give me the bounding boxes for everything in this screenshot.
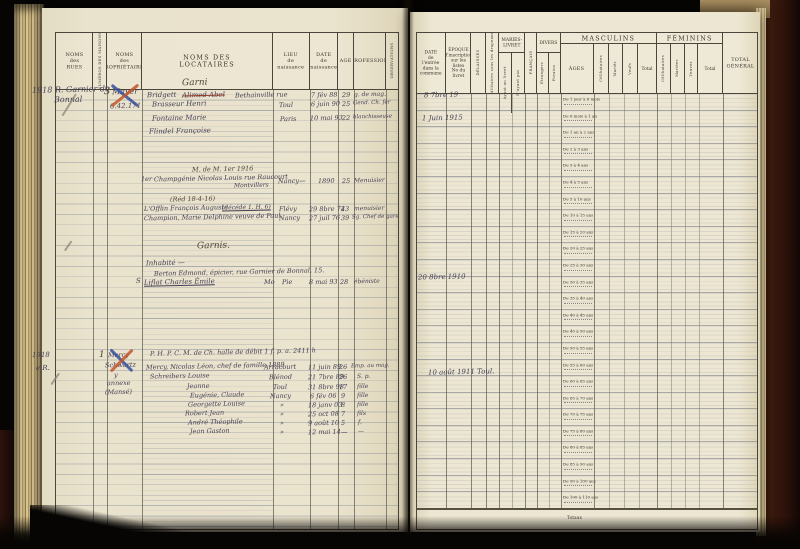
group-title: DIVERS [537,33,560,53]
handwriting-entry: menuisier [354,206,384,213]
header-epoque: ÉPOQUE d'inscription sur les listes No d… [446,33,471,93]
header-m-veufs: Veufs [623,44,638,93]
handwriting-entry: 11 juin 89 [308,364,341,371]
column-rule [310,90,311,529]
dotted-leader [564,452,592,453]
header-label: Veuves [689,61,693,76]
column-rule [338,90,339,529]
column-rule [671,94,672,509]
header-label: Total [705,66,716,71]
header-total-general: TOTAL GÉNÉRAL [723,33,757,93]
dotted-leader [564,153,592,154]
header-label: FRANÇAIS [528,51,532,75]
handwriting-entry: 7 fév 88 [311,92,338,99]
register-scan: NOMS des RUES NUMÉROS DES MAISONS NOMS d… [0,0,800,549]
dotted-leader [564,104,592,105]
handwriting-entry: 39 [341,215,349,222]
handwriting-entry: Nancy [270,393,291,400]
handwriting-entry: Arracourt [264,364,296,371]
header-f-mariees: Mariées [671,44,685,93]
right-table-header: DATE de l'entrée dans la commune ÉPOQUE … [417,33,757,94]
header-label: NUMÉROS DES MAISONS [97,33,101,89]
handwriting-entry: 29 8bre 72 [309,206,345,213]
column-rule [685,94,686,509]
handwriting-entry: 1918 R. Garnier de [32,85,110,95]
handwriting-entry: M. de M. 1er 1916 [192,165,253,173]
handwriting-entry: Pie [282,279,292,286]
header-label: N'ayant pas [516,70,520,96]
left-page: NOMS des RUES NUMÉROS DES MAISONS NOMS d… [42,8,408,532]
handwriting-entry: S. p. [357,374,371,380]
age-row-label: De 80 à 85 ans [563,445,593,450]
dotted-leader [564,369,592,370]
header-label: TOTAL GÉNÉRAL [726,57,754,69]
column-rule [639,94,640,509]
age-row: De 85 à 90 ans [417,459,757,476]
dotted-leader [564,353,592,354]
age-row-label: De 15 à 20 ans [563,230,593,235]
handwriting-entry: 29 [342,92,350,99]
age-row-label: De 60 à 65 ans [563,379,593,384]
handwriting-entry: — [358,429,364,435]
handwriting-entry: ébéniste [354,279,380,286]
header-label: FÉMININS [667,34,713,41]
dotted-leader [564,120,592,121]
age-row-label: De 50 à 55 ans [563,346,593,351]
handwriting-entry: 22 [342,115,350,122]
column-rule [561,94,562,509]
header-date-naissance: DATE de naissance [310,33,338,89]
age-row-label: De 90 à 100 ans [563,479,596,484]
handwriting-entry: fille [357,402,369,408]
age-row-label: De 5 à 10 ans [563,197,591,202]
handwriting-entry: (Mansé) [105,389,132,396]
handwriting-entry: 10 mai 93 [310,115,343,122]
age-row: De 60 à 65 ans [417,376,757,393]
column-rule [537,94,538,509]
handwriting-entry: » [280,411,284,418]
dotted-leader [564,270,592,271]
header-label: Célibataires [661,55,665,82]
column-rule [446,94,447,509]
handwriting-entry: 1 Juin 1915 [422,115,463,123]
dotted-leader [564,336,592,337]
handwriting-entry: f. [358,420,362,426]
handwriting-entry: Nancy [279,215,300,222]
header-label: MASCULINS [582,34,635,41]
column-rule [723,94,724,509]
header-f-total: Total [698,44,722,93]
dotted-leader [564,469,592,470]
age-row: De 1 jour à 6 mois [417,94,757,111]
header-m-celibataires: Célibataires [594,44,609,93]
handwriting-entry: fille [357,384,369,390]
column-rule [93,90,94,529]
handwriting-entry: Jeanne [187,383,210,390]
age-rows: De 1 jour à 6 moisDe 6 mois à 1 anDe 1 a… [417,94,757,509]
header-numeros: NUMÉROS DES MAISONS [93,33,107,89]
dotted-leader [564,187,592,188]
column-rule [699,94,700,509]
handwriting-entry: Alimed Abel [182,92,225,100]
age-row: De 25 à 30 ans [417,260,757,277]
handwriting-entry: Blénod [269,374,292,381]
handwriting-entry: 10 août 1911 Toul. [428,368,495,376]
column-rule [273,90,274,529]
header-label: ÂGES [569,65,585,71]
handwriting-entry: 6 fév 06 [310,393,337,400]
handwriting-entry: 25 [342,101,350,108]
handwriting-entry: 5 [341,420,345,427]
dotted-leader [564,220,592,221]
handwriting-entry: blanchisseuse [353,115,392,121]
header-profession: PROFESSION [354,33,386,89]
age-row-label: De 4 à 5 ans [563,180,588,185]
handwriting-entry: 9 août 10 [308,420,339,427]
handwriting-entry: 20 8bre 1910 [418,274,466,282]
age-row: De 70 à 75 ans [417,409,757,426]
column-rule [594,94,595,509]
dotted-leader [564,485,592,486]
header-label: PROFESSION [354,58,386,64]
handwriting-entry: 6 juin 90 [311,101,340,108]
left-table-body [56,90,398,529]
handwriting-entry: » [280,420,284,427]
header-etrangers: Étrangers [537,53,549,93]
group-title: MARIÉS-LIVRET [499,33,524,53]
group-title: MASCULINS [561,33,656,44]
column-rule [525,94,526,509]
group-title: FÉMININS [657,33,722,44]
age-row: De 100 à 110 ans [417,492,757,509]
handwriting-entry: e R. [36,365,50,372]
header-label: DIVERS [540,40,558,45]
handwriting-entry: Gend. Ch. fer [353,101,390,107]
dotted-leader [564,286,592,287]
handwriting-entry: Robert Jean [185,410,224,417]
handwriting-entry: 26 [339,364,347,371]
header-label: Militaires sous les drapeaux [490,33,494,93]
header-observations: OBSERVATIONS [386,33,398,89]
handwriting-entry: annexe [107,380,131,387]
column-rule [354,90,355,529]
handwriting-entry: 1918 [32,352,50,359]
dotted-leader [564,386,592,387]
handwriting-entry: 9 [341,393,345,400]
handwriting-entry: S [136,278,141,285]
handwriting-entry: Toul [273,384,287,391]
handwriting-entry: Georgette Louise [188,400,245,408]
age-row: De 2 à 3 ans [417,144,757,161]
handwriting-entry: Jean Gaston [190,428,230,435]
handwriting-entry: 1890 [318,178,335,185]
age-row: De 50 à 55 ans [417,343,757,360]
handwriting-entry: » [280,402,284,409]
handwriting-entry: 1 [99,351,105,360]
age-row-label: De 20 à 25 ans [563,246,593,251]
header-francais: FRANÇAIS [525,33,537,93]
age-row: De 3 à 4 ans [417,160,757,177]
handwriting-entry: Sg. Chef de gare [352,215,399,221]
dotted-leader [564,253,592,254]
dotted-leader [564,170,592,171]
handwriting-entry: (décédé 1. H. 6) [222,204,271,211]
header-f-veuves: Veuves [685,44,699,93]
handwriting-entry: Bridgett [147,92,177,100]
handwriting-entry: Fontaine Marie [152,114,207,122]
handwriting-entry: 7 [341,411,345,418]
column-rule [486,94,487,509]
header-label: Mariés [613,61,617,76]
age-row: De 20 à 25 ans [417,243,757,260]
handwriting-entry: L'Offlin François Auguste [144,204,228,212]
header-label: Célibataires [598,55,602,82]
handwriting-entry: fils [357,411,366,417]
handwriting-entry: 8 mai 93 [309,279,338,286]
dotted-leader [564,137,592,138]
right-table: DATE de l'entrée dans la commune ÉPOQUE … [416,32,758,530]
age-row: De 90 à 100 ans [417,476,757,493]
handwriting-entry: » [280,429,284,436]
age-row: De 40 à 45 ans [417,310,757,327]
handwriting-entry: Brasseur Henri [152,100,207,108]
age-row-label: De 65 à 70 ans [563,396,593,401]
dotted-leader [564,419,592,420]
handwriting-entry: Flindel Françoise [149,127,211,135]
column-rule [657,94,658,509]
age-row: De 75 à 80 ans [417,426,757,443]
header-date-entree: DATE de l'entrée dans la commune [417,33,446,93]
header-masculins: MASCULINS ÂGES Célibataires Mariés Veufs… [561,33,657,93]
column-rule [142,90,143,529]
age-row-label: De 75 à 80 ans [563,429,593,434]
column-rule [107,90,108,529]
age-row: De 80 à 85 ans [417,442,757,459]
handwriting-entry: Liflat Charles Émile [144,278,215,286]
column-rule [512,94,513,509]
age-row: De 35 à 40 ans [417,293,757,310]
handwriting-entry: Garnis. [197,242,230,252]
header-age: AGE [338,33,354,89]
header-forains: Forains [549,53,560,93]
header-m-total: Total [638,44,656,93]
header-label: NOMS des PROPRIÉTAIRES [107,52,142,71]
handwriting-entry: (Réd 18-4-16) [170,196,215,203]
handwriting-entry: g. de mag. [354,92,386,99]
age-row-label: De 40 à 45 ans [563,313,593,318]
header-label: Mariées [675,60,679,78]
header-ages: ÂGES [561,44,594,93]
column-rule [386,90,387,529]
age-row-label: De 30 à 35 ans [563,280,593,285]
column-rule [471,94,472,509]
age-row-label: De 1 an à 2 ans [563,130,594,135]
age-row: De 4 à 5 ans [417,177,757,194]
crossed-out-mark [110,82,140,106]
handwriting-entry: Menuisier [354,178,385,185]
header-label: LIEU de naissance [278,52,305,71]
handwriting-entry: fille [357,393,369,399]
handwriting-entry: 18 janv 03 [308,402,343,409]
handwriting-entry: Bethainville rue [235,91,288,99]
spine-shadow [402,0,414,549]
age-row: De 45 à 50 ans [417,326,757,343]
header-proprietaires: NOMS des PROPRIÉTAIRES [107,33,142,89]
dotted-leader [564,402,592,403]
handwriting-entry: Eugénie, Claude [190,391,244,399]
age-row-label: De 55 à 60 ans [563,363,593,368]
dotted-leader [564,502,592,503]
age-row-label: De 25 à 30 ans [563,263,593,268]
handwriting-entry: Garni [182,79,208,89]
age-row-label: De 2 à 3 ans [563,147,588,152]
handwriting-entry: 17 [339,384,347,391]
header-label: DÉLAISSÉS [476,50,480,76]
header-divers: DIVERS Étrangers Forains [537,33,561,93]
age-row-label: De 85 à 90 ans [563,462,593,467]
header-label: DATE de l'entrée dans la commune [420,50,442,76]
dotted-leader [564,435,592,436]
header-label: Total [642,66,653,71]
header-label: OBSERVATIONS [390,43,394,79]
handwriting-entry: Schreibers Louise [150,372,210,380]
column-rule [624,94,625,509]
header-maries-livret: MARIÉS-LIVRET Ayant un livret N'ayant pa… [499,33,525,93]
handwriting-entry: Nancy— [278,178,306,185]
age-row-label: De 3 à 4 ans [563,163,588,168]
header-m-maries: Mariés [609,44,624,93]
handwriting-entry: 25 oct 08 [308,411,339,418]
handwriting-entry: Mo [264,279,275,286]
handwriting-entry: Flévy [279,206,297,213]
header-delaisses: DÉLAISSÉS [471,33,486,93]
handwriting-entry: 8 7bre 19 [424,92,458,100]
handwriting-entry: 8 [341,402,345,409]
age-row-label: De 35 à 40 ans [563,296,593,301]
handwriting-entry: 27 juil 76 [309,215,340,222]
handwriting-entry: 28 [340,279,348,286]
handwriting-entry: Inhabité — [146,260,185,268]
header-militaires: Militaires sous les drapeaux [486,33,499,93]
age-row: De 5 à 10 ans [417,194,757,211]
handwriting-entry: 26 [339,374,347,381]
dotted-leader [564,303,592,304]
handwriting-entry: 12 mai 14 [308,429,341,436]
header-f-celibataires: Célibataires [657,44,671,93]
age-row-label: De 10 à 15 ans [563,213,593,218]
age-row: De 65 à 70 ans [417,393,757,410]
dotted-leader [564,236,592,237]
dotted-leader [564,203,592,204]
handwriting-entry: 25 [342,178,350,185]
header-label: NOMS des RUES [65,52,83,71]
crossed-out-mark [108,345,136,373]
header-noms-rues: NOMS des RUES [56,33,93,89]
handwriting-entry: André Théophile [188,418,243,426]
age-row-label: De 45 à 50 ans [563,329,593,334]
header-label: Veufs [628,63,632,75]
header-label: ÉPOQUE d'inscription sur les listes No d… [446,47,471,79]
handwriting-entry: Montvillers [234,183,269,190]
handwriting-entry: — [341,429,348,436]
bottom-shadow [0,516,800,549]
left-table-header: NOMS des RUES NUMÉROS DES MAISONS NOMS d… [56,33,398,90]
header-feminins: FÉMININS Célibataires Mariées Veuves Tot… [657,33,723,93]
header-label: Forains [552,65,556,82]
age-row-label: De 6 mois à 1 an [563,114,597,119]
age-row: De 6 mois à 1 an [417,111,757,128]
column-rule [549,94,550,509]
right-table-body: De 1 jour à 6 moisDe 6 mois à 1 anDe 1 a… [417,94,757,509]
age-row: De 1 an à 2 ans [417,127,757,144]
handwriting-entry: Emp. au mag. [351,364,390,370]
header-label: MARIÉS-LIVRET [501,37,522,48]
header-lieu-naissance: LIEU de naissance [273,33,310,89]
column-rule [609,94,610,509]
header-label: NOMS DES LOCATAIRES [155,54,259,68]
handwriting-entry: 1er [141,176,152,183]
handwriting-entry: Toul [279,102,293,109]
age-row: De 15 à 20 ans [417,227,757,244]
header-label: DATE de naissance [310,52,337,71]
locataires-ruling [142,90,273,529]
age-row: De 30 à 35 ans [417,277,757,294]
header-label: Étrangers [540,62,544,84]
handwriting-entry: Paris [280,116,297,123]
age-row: De 10 à 15 ans [417,210,757,227]
age-row-label: De 70 à 75 ans [563,412,593,417]
header-label: AGE [340,58,352,64]
column-rule [499,94,500,509]
right-page: DATE de l'entrée dans la commune ÉPOQUE … [410,12,760,532]
handwriting-entry: 43 [341,206,349,213]
dotted-leader [564,319,592,320]
